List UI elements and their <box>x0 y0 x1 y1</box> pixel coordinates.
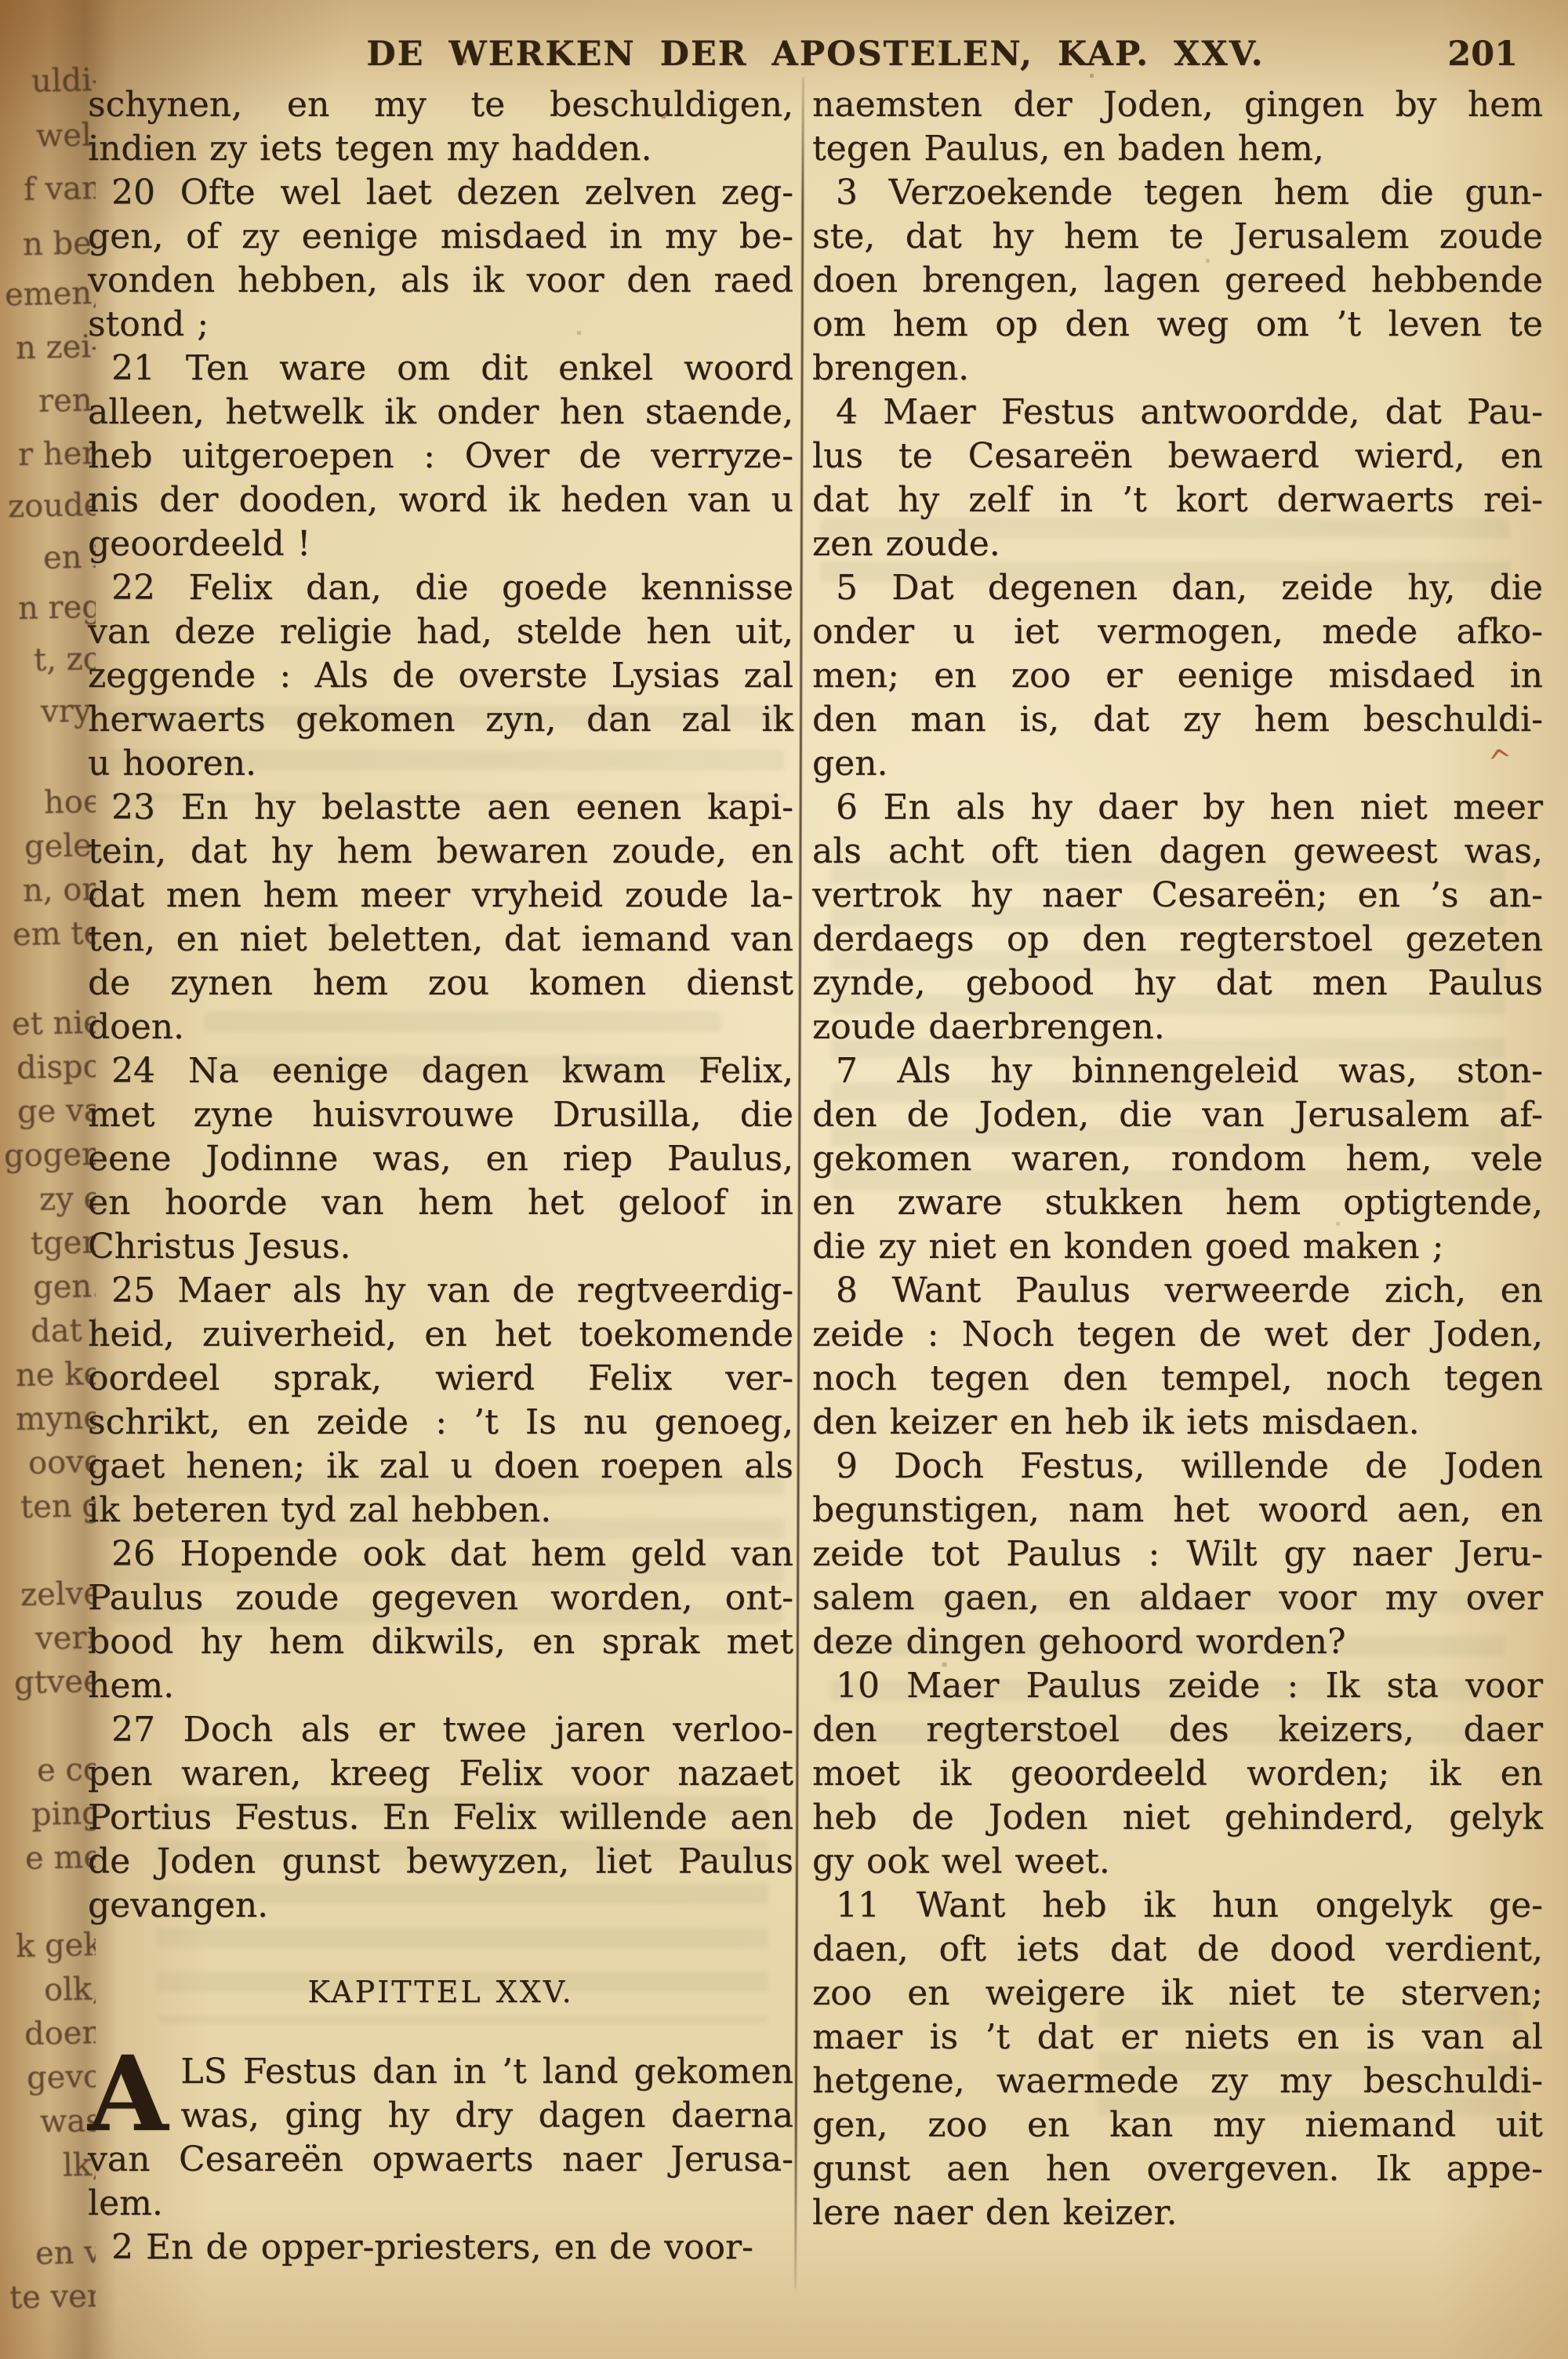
running-title: DE WERKEN DER APOSTELEN, KAP. XXV. <box>88 35 1543 74</box>
text-line: den man is, dat zy hem beschuldi- <box>812 698 1543 742</box>
gutter-text-fragment: zelve <box>20 1576 96 1613</box>
text-line: de zynen hem zou komen dienst <box>88 961 793 1005</box>
text-line: ik beteren tyd zal hebben. <box>88 1488 793 1532</box>
text-line: en hoorde van hem het geloof in <box>88 1181 793 1225</box>
text-line: 11 Want heb ik hun ongelyk ge- <box>812 1884 1543 1928</box>
gutter-text-fragment: e me <box>25 1839 96 1877</box>
text-line: gy ook wel weet. <box>812 1840 1543 1884</box>
text-line: den regterstoel des keizers, daer <box>812 1708 1543 1752</box>
text-line: zeide tot Paulus : Wilt gy naer Jeru- <box>812 1532 1543 1576</box>
text-line: 26 Hopende ook dat hem geld van <box>88 1532 793 1576</box>
gutter-text-fragment: n, on <box>22 871 96 909</box>
text-line: 9 Doch Festus, willende de Joden <box>812 1445 1543 1488</box>
gutter-text-fragment: em te <box>12 915 96 953</box>
verse-paragraph: 21 Ten ware om dit enkel woordalleen, he… <box>88 347 793 566</box>
text-line: schynen, en my te beschuldigen, <box>88 83 793 127</box>
text-line: hetgene, waermede zy my beschuldi- <box>812 2059 1543 2103</box>
text-line: was, ging hy dry dagen daerna <box>88 2094 793 2138</box>
text-line: 4 Maer Festus antwoordde, dat Pau- <box>812 391 1543 434</box>
text-line: zoo en weigere ik niet te sterven; <box>812 1972 1543 2016</box>
text-line: lem. <box>88 2182 793 2226</box>
text-line: 21 Ten ware om dit enkel woord <box>88 347 793 391</box>
text-line: met zyne huisvrouwe Drusilla, die <box>88 1093 793 1137</box>
page-number: 201 <box>1447 35 1518 74</box>
gutter-text-fragment: gen. <box>33 1268 96 1306</box>
text-line: ten, en niet beletten, dat iemand van <box>88 918 793 961</box>
verse-paragraph: 8 Want Paulus verweerde zich, enzeide : … <box>812 1269 1543 1445</box>
text-line: tein, dat hy hem bewaren zoude, en <box>88 830 793 874</box>
gutter-text-fragment: verr <box>35 1619 96 1657</box>
text-line: vertrok hy naer Cesareën; en ’s an- <box>812 874 1543 918</box>
text-line: gevangen. <box>88 1884 793 1928</box>
text-line: 2 En de opper-priesters, en de voor- <box>88 2226 793 2270</box>
text-line: geoordeeld ! <box>88 522 793 566</box>
text-line: van Cesareën opwaerts naer Jerusa- <box>88 2138 793 2182</box>
gutter-text-fragment: gogen <box>4 1136 96 1175</box>
verse-paragraph: ALS Festus dan in ’t land gekomenwas, gi… <box>88 2050 793 2226</box>
text-line: 10 Maer Paulus zeide : Ik sta voor <box>812 1664 1543 1708</box>
text-line: om hem op den weg om ’t leven te <box>812 303 1543 347</box>
text-line: 6 En als hy daer by hen niet meer <box>812 786 1543 830</box>
text-line: de Joden gunst bewyzen, liet Paulus <box>88 1840 793 1884</box>
text-line: Paulus zoude gegeven worden, ont- <box>88 1576 793 1620</box>
gutter-text-fragment: t, zo <box>34 641 96 678</box>
text-line: herwaerts gekomen zyn, dan zal ik <box>88 698 793 742</box>
text-line: noch tegen den tempel, noch tegen <box>812 1357 1543 1401</box>
text-line: nis der dooden, word ik heden van u <box>88 478 793 522</box>
gutter-text-fragment: ren. <box>38 382 96 420</box>
text-line: maer is ’t dat er niets en is van al <box>812 2016 1543 2059</box>
drop-cap: A <box>88 2055 168 2135</box>
text-line: indien zy iets tegen my hadden. <box>88 127 793 171</box>
verse-paragraph: 10 Maer Paulus zeide : Ik sta voorden re… <box>812 1664 1543 1884</box>
text-line: naemsten der Joden, gingen by hem <box>812 83 1543 127</box>
text-line: 22 Felix dan, die goede kennisse <box>88 566 793 610</box>
text-line: doen brengen, lagen gereed hebbende <box>812 259 1543 303</box>
text-line: 3 Verzoekende tegen hem die gun- <box>812 171 1543 215</box>
text-line: die zy niet en konden goed maken ; <box>812 1225 1543 1269</box>
text-line: gen. <box>812 742 1543 786</box>
chapter-heading: KAPITTEL XXV. <box>88 1970 793 2014</box>
gutter-text-fragment: ge va <box>16 1092 96 1130</box>
gutter-text-fragment: r hen <box>17 435 96 473</box>
verse-paragraph: 9 Doch Festus, willende de Jodenbegunsti… <box>812 1445 1543 1664</box>
text-line: 5 Dat degenen dan, zeide hy, die <box>812 566 1543 610</box>
text-line: gen, zoo en kan my niemand uit <box>812 2103 1543 2147</box>
text-line: deze dingen gehoord worden? <box>812 1620 1543 1664</box>
gutter-text-fragment: k gek <box>15 1927 96 1965</box>
text-line: 20 Ofte wel laet dezen zelven zeg- <box>88 171 793 215</box>
verse-paragraph: 22 Felix dan, die goede kennissevan deze… <box>88 566 793 786</box>
gutter-text-fragment: myne <box>16 1400 96 1438</box>
text-line: brengen. <box>812 347 1543 391</box>
left-text-column: schynen, en my te beschuldigen,indien zy… <box>88 83 793 2270</box>
text-line: zen zoude. <box>812 522 1543 566</box>
text-line: gekomen waren, rondom hem, vele <box>812 1137 1543 1181</box>
gutter-text-fragment: en v <box>35 2234 96 2272</box>
verse-paragraph: 11 Want heb ik hun ongelyk ge-daen, oft … <box>812 1884 1543 2235</box>
verse-paragraph: 25 Maer als hy van de regtveerdig-heid, … <box>88 1269 793 1532</box>
text-line: alleen, hetwelk ik onder hen staende, <box>88 391 793 434</box>
gutter-text-fragment: oove <box>27 1444 96 1481</box>
gutter-text-fragment: et nie <box>12 1005 96 1042</box>
text-line: gunst aen hen overgeven. Ik appe- <box>812 2147 1543 2191</box>
text-line: heb uitgeroepen : Over de verryze- <box>88 434 793 478</box>
gutter-text-fragment: tgen <box>30 1224 96 1262</box>
gutter-text-fragment: gevo <box>27 2059 96 2096</box>
text-line: moet ik geoordeeld worden; ik en <box>812 1752 1543 1796</box>
text-line: derdaegs op den regterstoel gezeten <box>812 918 1543 961</box>
gutter-text-fragment: n reg <box>18 589 96 627</box>
gutter-text-fragment: e co <box>37 1751 96 1789</box>
gutter-text-fragment: doen <box>24 2015 96 2052</box>
verse-paragraph: 4 Maer Festus antwoordde, dat Pau-lus te… <box>812 391 1543 566</box>
text-line: zeggende : Als de overste Lysias zal <box>88 654 793 698</box>
verse-paragraph: 27 Doch als er twee jaren verloo-pen war… <box>88 1708 793 1928</box>
verse-paragraph: 23 En hy belastte aen eenen kapi-tein, d… <box>88 786 793 1049</box>
text-line: dat hy zelf in ’t kort derwaerts rei- <box>812 478 1543 522</box>
gutter-text-fragment: gtvee <box>14 1663 96 1701</box>
text-line: lus te Cesareën bewaerd wierd, en <box>812 434 1543 478</box>
text-line: zoude daerbrengen. <box>812 1005 1543 1049</box>
text-line: heid, zuiverheid, en het toekomende <box>88 1313 793 1357</box>
text-line: LS Festus dan in ’t land gekomen <box>88 2050 793 2094</box>
text-line: Christus Jesus. <box>88 1225 793 1269</box>
verse-paragraph: 3 Verzoekende tegen hem die gun-ste, dat… <box>812 171 1543 391</box>
text-line: van deze religie had, stelde hen uit, <box>88 610 793 654</box>
verse-paragraph: 20 Ofte wel laet dezen zelven zeg-gen, o… <box>88 171 793 347</box>
text-line: zeide : Noch tegen de wet der Joden, <box>812 1313 1543 1357</box>
page-gutter: uldi-wel-f vann be-emen,n zei-ren.r henz… <box>0 0 96 2359</box>
text-line: tegen Paulus, en baden hem, <box>812 127 1543 171</box>
text-line: gaet henen; ik zal u doen roepen als <box>88 1445 793 1488</box>
gutter-text-fragment: emen, <box>5 275 96 314</box>
text-line: zynde, gebood hy dat men Paulus <box>812 961 1543 1005</box>
text-line: vonden hebben, als ik voor den raed <box>88 259 793 303</box>
gutter-text-fragment: gele- <box>24 827 96 865</box>
verse-paragraph: 26 Hopende ook dat hem geld vanPaulus zo… <box>88 1532 793 1708</box>
text-line: dat men hem meer vryheid zoude la- <box>88 874 793 918</box>
text-line: pen waren, kreeg Felix voor nazaet <box>88 1752 793 1796</box>
text-line: u hooren. <box>88 742 793 786</box>
gutter-text-fragment: ping <box>31 1795 96 1833</box>
verse-paragraph: 24 Na eenige dagen kwam Felix,met zyne h… <box>88 1049 793 1269</box>
gutter-text-fragment: f van <box>24 170 96 208</box>
text-line: gen, of zy eenige misdaed in my be- <box>88 215 793 259</box>
text-line: 8 Want Paulus verweerde zich, en <box>812 1269 1543 1313</box>
verse-paragraph: 5 Dat degenen dan, zeide hy, dieonder u … <box>812 566 1543 786</box>
text-line: onder u iet vermogen, mede afko- <box>812 610 1543 654</box>
verse-paragraph: 7 Als hy binnengeleid was, ston-den de J… <box>812 1049 1543 1269</box>
text-line: lere naer den keizer. <box>812 2191 1543 2235</box>
text-line: als acht oft tien dagen geweest was, <box>812 830 1543 874</box>
text-line: heb de Joden niet gehinderd, gelyk <box>812 1796 1543 1840</box>
text-line: 7 Als hy binnengeleid was, ston- <box>812 1049 1543 1093</box>
text-line: Portius Festus. En Felix willende aen <box>88 1796 793 1840</box>
gutter-text-fragment: ne ke <box>15 1356 96 1394</box>
text-line: oordeel sprak, wierd Felix ver- <box>88 1357 793 1401</box>
text-line: ste, dat hy hem te Jerusalem zoude <box>812 215 1543 259</box>
verse-paragraph: schynen, en my te beschuldigen,indien zy… <box>88 83 793 171</box>
text-line: men; en zoo er eenige misdaed in <box>812 654 1543 698</box>
gutter-text-fragment: zoude <box>7 487 96 525</box>
text-line: schrikt, en zeide : ’t Is nu genoeg, <box>88 1401 793 1445</box>
text-line: 25 Maer als hy van de regtveerdig- <box>88 1269 793 1313</box>
scanned-book-page: uldi-wel-f vann be-emen,n zei-ren.r henz… <box>0 0 1568 2359</box>
text-line: salem gaen, en aldaer voor my over <box>812 1576 1543 1620</box>
gutter-text-fragment: wel- <box>35 117 96 154</box>
text-line: 23 En hy belastte aen eenen kapi- <box>88 786 793 830</box>
text-line: doen. <box>88 1005 793 1049</box>
text-line: eene Jodinne was, en riep Paulus, <box>88 1137 793 1181</box>
gutter-text-fragment: dispo <box>16 1049 96 1086</box>
gutter-text-fragment: n zei- <box>16 329 96 366</box>
text-line: 27 Doch als er twee jaren verloo- <box>88 1708 793 1752</box>
right-text-column: naemsten der Joden, gingen by hemtegen P… <box>812 83 1543 2235</box>
verse-paragraph: naemsten der Joden, gingen by hemtegen P… <box>812 83 1543 171</box>
verse-paragraph: 2 En de opper-priesters, en de voor- <box>88 2226 793 2270</box>
gutter-text-fragment: te ver <box>9 2278 96 2316</box>
text-line: bood hy hem dikwils, en sprak met <box>88 1620 793 1664</box>
text-line: 24 Na eenige dagen kwam Felix, <box>88 1049 793 1093</box>
text-line: stond ; <box>88 303 793 347</box>
text-line: den de Joden, die van Jerusalem af- <box>812 1093 1543 1137</box>
text-line: den keizer en heb ik iets misdaen. <box>812 1401 1543 1445</box>
gutter-text-fragment: n be- <box>22 225 96 263</box>
column-divider-rule <box>794 77 804 2288</box>
gutter-text-fragment: ten g <box>20 1488 96 1525</box>
text-line: begunstigen, nam het woord aen, en <box>812 1488 1543 1532</box>
text-line: daen, oft iets dat de dood verdient, <box>812 1928 1543 1972</box>
text-line: hem. <box>88 1664 793 1708</box>
gutter-text-fragment: dat i <box>30 1312 96 1350</box>
page-header: DE WERKEN DER APOSTELEN, KAP. XXV. 201 <box>88 35 1543 82</box>
text-line: en zware stukken hem optigtende, <box>812 1181 1543 1225</box>
gutter-text-fragment: uldi- <box>31 62 96 100</box>
verse-paragraph: 6 En als hy daer by hen niet meerals ach… <box>812 786 1543 1049</box>
paper-specks <box>0 0 1 1</box>
